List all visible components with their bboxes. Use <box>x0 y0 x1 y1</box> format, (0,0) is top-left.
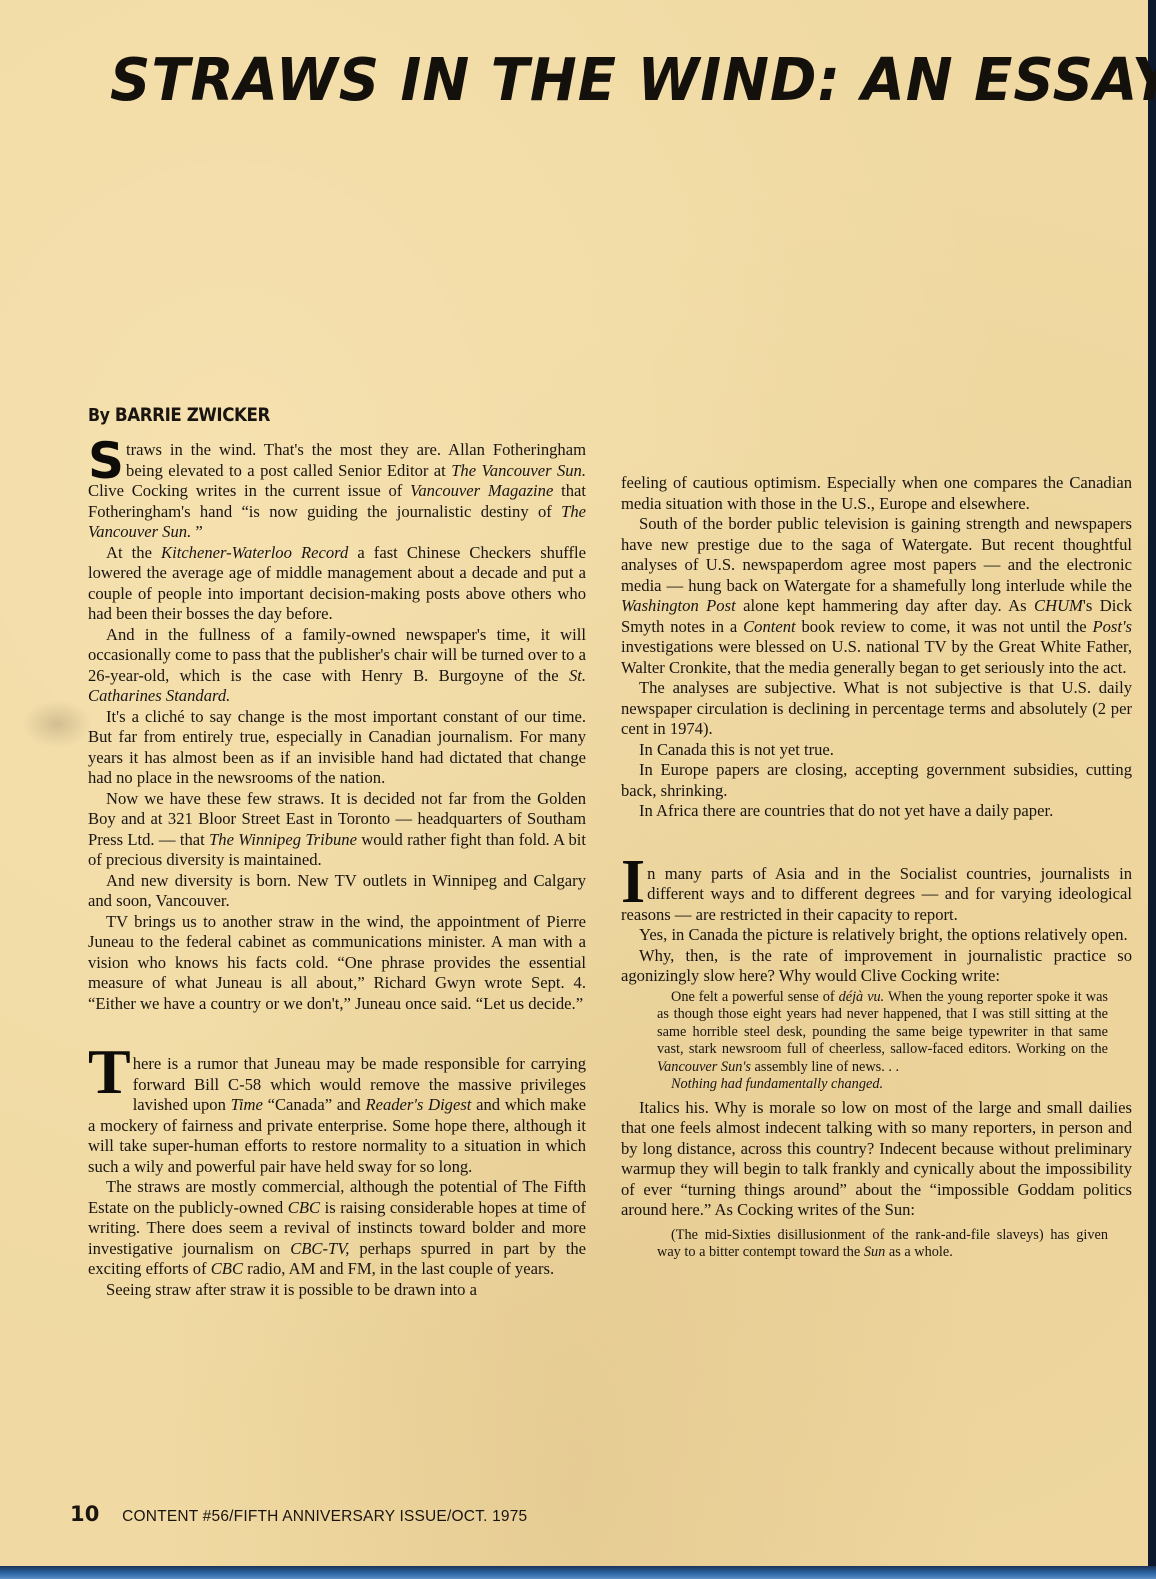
byline-author: BARRIE ZWICKER <box>115 404 270 426</box>
paragraph: In Africa there are countries that do no… <box>621 801 1132 822</box>
paragraph: One felt a powerful sense of déjà vu. Wh… <box>657 989 1108 1077</box>
paragraph: Italics his. Why is morale so low on mos… <box>621 1098 1132 1221</box>
byline-prefix: By <box>88 405 110 426</box>
left-column: S traws in the wind. That's the most the… <box>88 440 586 1300</box>
byline: By BARRIE ZWICKER <box>88 404 270 426</box>
paragraphs: n many parts of Asia and in the Socialis… <box>621 864 1132 987</box>
paragraphs: feeling of cautious optimism. Especially… <box>621 473 1132 822</box>
paragraph: Now we have these few straws. It is deci… <box>88 789 586 871</box>
paragraphs: Italics his. Why is morale so low on mos… <box>621 1098 1132 1221</box>
paragraph: (The mid-Sixties disillusionment of the … <box>657 1227 1108 1262</box>
paragraph: n many parts of Asia and in the Socialis… <box>621 864 1132 926</box>
paragraph: At the Kitchener-Waterloo Record a fast … <box>88 543 586 625</box>
paragraph: Why, then, is the rate of improvement in… <box>621 946 1132 987</box>
paragraph: Seeing straw after straw it is possible … <box>88 1280 586 1301</box>
paragraphs: traws in the wind. That's the most they … <box>88 440 586 1014</box>
section-2: I n many parts of Asia and in the Social… <box>621 864 1132 1262</box>
section-break <box>88 1014 586 1054</box>
paragraph: The straws are mostly commercial, althou… <box>88 1177 586 1280</box>
paragraph: feeling of cautious optimism. Especially… <box>621 473 1132 514</box>
paragraphs: here is a rumor that Juneau may be made … <box>88 1054 586 1300</box>
paragraph: And in the fullness of a family-owned ne… <box>88 625 586 707</box>
paragraph: And new diversity is born. New TV outlet… <box>88 871 586 912</box>
paragraph: South of the border public television is… <box>621 514 1132 678</box>
drop-cap-i: I <box>621 860 645 904</box>
paragraph: It's a cliché to say change is the most … <box>88 707 586 789</box>
section-2: T here is a rumor that Juneau may be mad… <box>88 1054 586 1300</box>
section-1: feeling of cautious optimism. Especially… <box>621 473 1132 822</box>
section-break <box>621 822 1132 864</box>
paragraph: here is a rumor that Juneau may be made … <box>88 1054 586 1177</box>
paper-smudge <box>22 700 92 748</box>
block-quote: (The mid-Sixties disillusionment of the … <box>657 1227 1108 1262</box>
paragraph: TV brings us to another straw in the win… <box>88 912 586 1015</box>
block-quote: One felt a powerful sense of déjà vu. Wh… <box>657 989 1108 1094</box>
article-title: STRAWS IN THE WIND: AN ESSAY <box>110 46 1110 114</box>
page-number: 10 <box>70 1502 100 1526</box>
paragraph: traws in the wind. That's the most they … <box>88 440 586 543</box>
page-footer: 10 CONTENT #56/FIFTH ANNIVERSARY ISSUE/O… <box>70 1502 527 1526</box>
paragraph: Nothing had fundamentally changed. <box>657 1076 1108 1094</box>
paragraph: In Europe papers are closing, accepting … <box>621 760 1132 801</box>
scan-background-edge <box>0 1566 1156 1579</box>
publication-info: CONTENT #56/FIFTH ANNIVERSARY ISSUE/OCT.… <box>122 1508 527 1525</box>
section-1: S traws in the wind. That's the most the… <box>88 440 586 1014</box>
drop-cap-s: S <box>88 442 124 480</box>
right-column: feeling of cautious optimism. Especially… <box>621 473 1132 1266</box>
paragraph: The analyses are subjective. What is not… <box>621 678 1132 740</box>
paragraph: In Canada this is not yet true. <box>621 740 1132 761</box>
paragraph: Yes, in Canada the picture is relatively… <box>621 925 1132 946</box>
magazine-page: STRAWS IN THE WIND: AN ESSAY By BARRIE Z… <box>0 0 1148 1568</box>
drop-cap-t: T <box>88 1048 131 1096</box>
